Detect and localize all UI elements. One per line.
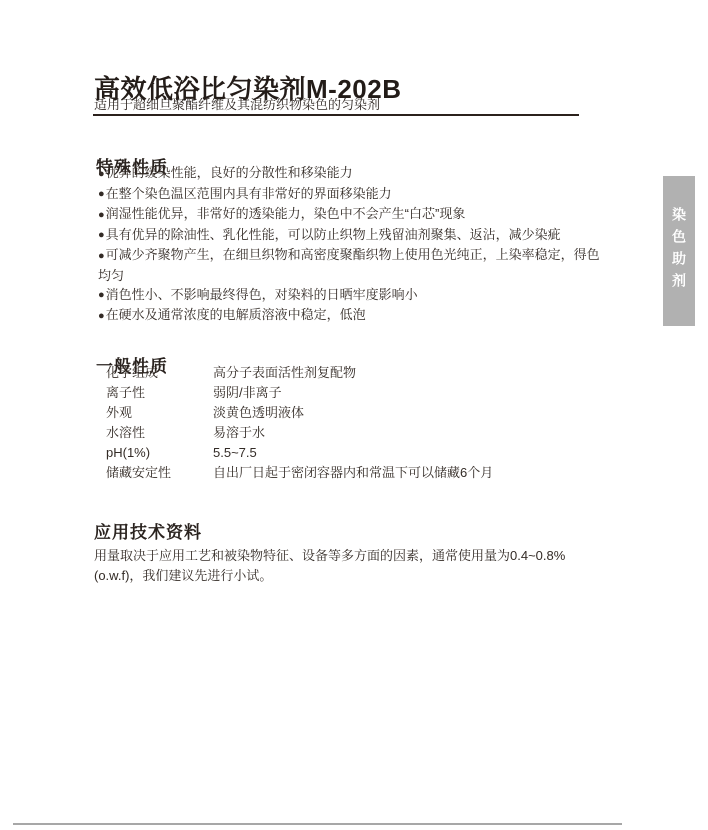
bullet-icon: ●	[98, 310, 105, 322]
header-divider	[93, 114, 579, 116]
property-label: pH(1%)	[106, 443, 213, 463]
bullet-icon: ●	[98, 188, 105, 200]
list-item: ●具有优异的除油性、乳化性能，可以防止织物上残留油剂聚集、返沾，减少染疵	[98, 225, 600, 246]
category-side-tab: 染色助剂	[663, 176, 695, 326]
property-value: 淡黄色透明液体	[213, 403, 594, 423]
property-value: 自出厂日起于密闭容器内和常温下可以储藏6个月	[213, 463, 594, 483]
section-heading-application: 应用技术资料	[94, 523, 202, 542]
special-properties-list: ●优异的缓染性能，良好的分散性和移染能力 ●在整个染色温区范围内具有非常好的界面…	[98, 163, 600, 326]
property-value: 易溶于水	[213, 423, 594, 443]
table-row: 储藏安定性 自出厂日起于密闭容器内和常温下可以储藏6个月	[106, 463, 594, 483]
list-item: ●可减少齐聚物产生，在细旦织物和高密度聚酯织物上使用色光纯正，上染率稳定，得色均…	[98, 245, 600, 285]
list-item: ●在硬水及通常浓度的电解质溶液中稳定，低泡	[98, 305, 600, 326]
general-properties-table: 化学组成 高分子表面活性剂复配物 离子性 弱阴/非离子 外观 淡黄色透明液体 水…	[106, 363, 594, 483]
list-item-text: 润湿性能优异，非常好的透染能力，染色中不会产生“白芯”现象	[106, 206, 466, 221]
property-value: 高分子表面活性剂复配物	[213, 363, 594, 383]
property-label: 水溶性	[106, 423, 213, 443]
table-row: 化学组成 高分子表面活性剂复配物	[106, 363, 594, 383]
bullet-icon: ●	[98, 250, 105, 262]
table-row: 离子性 弱阴/非离子	[106, 383, 594, 403]
bullet-icon: ●	[98, 209, 105, 221]
bullet-icon: ●	[98, 168, 105, 180]
datasheet-page: 高效低浴比匀染剂M-202B 适用于超细旦聚酯纤维及其混纺织物染色的匀染剂 特殊…	[0, 0, 708, 830]
list-item: ●润湿性能优异，非常好的透染能力，染色中不会产生“白芯”现象	[98, 204, 600, 225]
list-item: ●消色性小、不影响最终得色，对染料的日晒牢度影响小	[98, 285, 600, 306]
footer-divider	[13, 823, 622, 825]
bullet-icon: ●	[98, 289, 105, 301]
property-label: 外观	[106, 403, 213, 423]
table-row: 水溶性 易溶于水	[106, 423, 594, 443]
list-item: ●在整个染色温区范围内具有非常好的界面移染能力	[98, 184, 600, 205]
list-item-text: 在硬水及通常浓度的电解质溶液中稳定，低泡	[106, 307, 366, 322]
property-label: 离子性	[106, 383, 213, 403]
property-label: 化学组成	[106, 363, 213, 383]
list-item-text: 具有优异的除油性、乳化性能，可以防止织物上残留油剂聚集、返沾，减少染疵	[106, 227, 561, 242]
table-row: pH(1%) 5.5~7.5	[106, 443, 594, 463]
table-row: 外观 淡黄色透明液体	[106, 403, 594, 423]
category-side-tab-label: 染色助剂	[663, 207, 695, 295]
list-item-text: 可减少齐聚物产生，在细旦织物和高密度聚酯织物上使用色光纯正，上染率稳定，得色均匀	[98, 247, 600, 283]
list-item-text: 消色性小、不影响最终得色，对染料的日晒牢度影响小	[106, 287, 418, 302]
list-item: ●优异的缓染性能，良好的分散性和移染能力	[98, 163, 600, 184]
page-subtitle: 适用于超细旦聚酯纤维及其混纺织物染色的匀染剂	[94, 97, 380, 113]
property-value: 弱阴/非离子	[213, 383, 594, 403]
list-item-text: 在整个染色温区范围内具有非常好的界面移染能力	[106, 186, 392, 201]
list-item-text: 优异的缓染性能，良好的分散性和移染能力	[106, 165, 353, 180]
property-label: 储藏安定性	[106, 463, 213, 483]
bullet-icon: ●	[98, 229, 105, 241]
property-value: 5.5~7.5	[213, 443, 594, 463]
application-paragraph: 用量取决于应用工艺和被染物特征、设备等多方面的因素，通常使用量为0.4~0.8%…	[94, 546, 598, 586]
